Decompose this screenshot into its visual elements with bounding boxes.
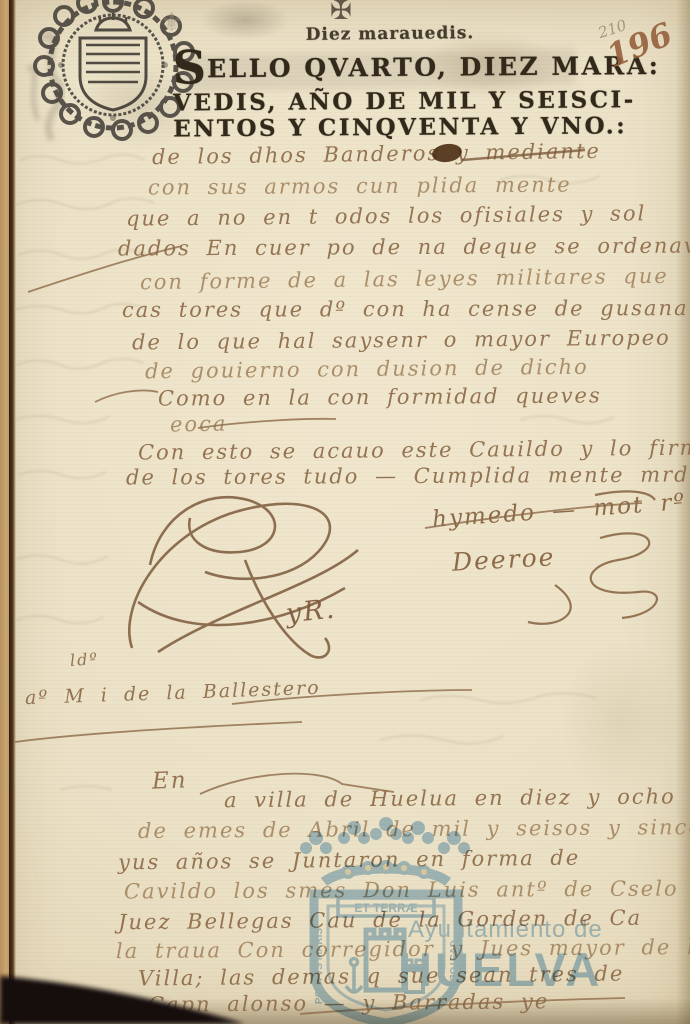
- seal-line1-rest: ELLO QVARTO, DIEZ MARA:: [207, 51, 661, 83]
- seal-text-line1: SELLO QVARTO, DIEZ MARA:: [173, 45, 593, 90]
- seal-initial-letter: S: [173, 40, 208, 94]
- handwritten-line: de lo que hal saysenr o mayor Europeo: [132, 326, 671, 355]
- blackletter-tax-line: Diez marauedis.: [280, 23, 500, 45]
- marginal-superscript: ldº: [69, 649, 99, 670]
- handwritten-line: eoca: [170, 412, 228, 437]
- handwritten-line: de gouierno con dusion de dicho: [145, 355, 589, 384]
- handwritten-line: dados En cuer po de na deque se ordenava: [118, 233, 690, 260]
- handwritten-line: a villa de Huelua en diez y ocho dias: [224, 784, 690, 813]
- handwritten-line: Cavildo los smes Don Luis antº de Cselo: [124, 877, 679, 904]
- printers-cross-mark: ✠: [330, 0, 352, 26]
- signature-right-2: Deeroe: [451, 542, 556, 576]
- handwritten-line: Villa; las demas q sue sean tres de: [138, 961, 625, 990]
- rubric-note: yR.: [285, 593, 338, 629]
- manuscript-scan: ✠ ⚜ Diez marauedis. SELLO QVARTO, DIEZ M…: [0, 0, 690, 1024]
- handwritten-line: Capn alonso — y Barradas ye: [148, 989, 549, 1017]
- seal-text-line2: VEDIS, AÑO DE MIL Y SEISCI-: [173, 89, 593, 115]
- handwritten-line: Como en la con formidad queves: [158, 383, 602, 410]
- fleuron-icon: ⚜: [160, 8, 183, 38]
- printed-seal-text: SELLO QVARTO, DIEZ MARA: VEDIS, AÑO DE M…: [173, 45, 594, 141]
- handwritten-line: Con esto se acauo este Cauildo y lo firm…: [138, 435, 690, 464]
- handwritten-line: cas tores que dº con ha cense de gusanar: [122, 296, 690, 322]
- handwritten-line: Juez Bellegas Cau de la Gorden de Ca: [118, 906, 642, 935]
- handwritten-line: de emes de Abril de mil y seisos y sinco: [138, 815, 690, 843]
- binding-shadow-line: [9, 0, 16, 1024]
- handwritten-line: con sus armos cun plida mente: [148, 173, 572, 200]
- handwritten-line: de los tores tudo — Cumplida mente mrd: [126, 463, 690, 490]
- handwritten-line: la traua Con corregidor y Jues mayor de …: [116, 935, 690, 963]
- bottom-paragraph-intro: En: [152, 767, 188, 794]
- handwritten-line: yus años se Juntaron en forma de: [118, 846, 580, 875]
- seal-text-line3: ENTOS Y CINQVENTA Y VNO.:: [173, 115, 593, 141]
